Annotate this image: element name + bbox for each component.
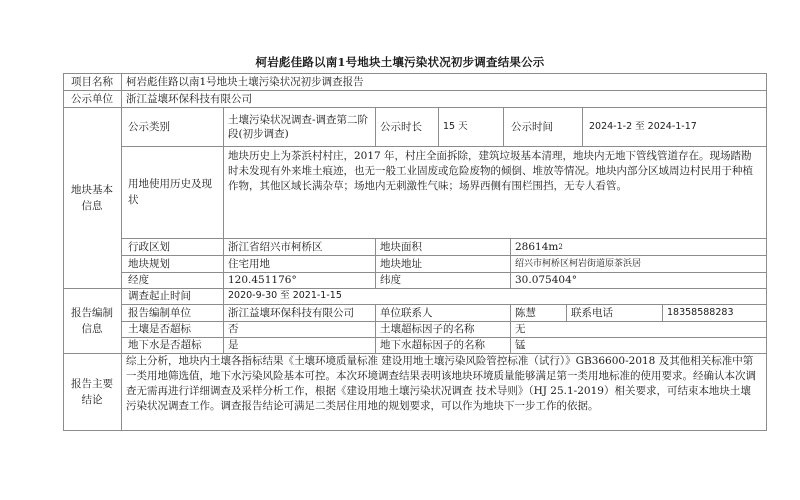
grid-line <box>510 238 511 288</box>
grid-line <box>121 337 767 338</box>
page-title: 柯岩彪佳路以南1号地块土壤污染状况初步调查结果公示 <box>0 54 800 70</box>
planning-value: 住宅用地 <box>223 255 375 272</box>
grid-line <box>662 304 663 321</box>
project-name-label: 项目名称 <box>63 73 121 90</box>
history-value: 地块历史上为茶浜村村庄，2017 年，村庄全面拆除，建筑垃圾基本清理，地块内无地… <box>223 146 766 238</box>
grid-line <box>503 107 504 146</box>
grid-line <box>121 255 767 256</box>
grid-line <box>121 73 122 431</box>
history-label: 用地使用历史及现状 <box>121 146 223 238</box>
grid-line <box>63 107 767 108</box>
project-name-value: 柯岩彪佳路以南1号地块土壤污染状况初步调查报告 <box>121 73 766 90</box>
grid-line <box>63 430 767 431</box>
soil-exceed-label: 土壤是否超标 <box>121 321 223 337</box>
duration-label: 公示时长 <box>375 107 438 146</box>
grid-line <box>438 107 439 146</box>
groundwater-exceed-value: 是 <box>223 337 375 353</box>
grid-line <box>582 107 583 146</box>
period-label: 公示时间 <box>503 107 582 146</box>
grid-line <box>63 73 64 431</box>
soil-exceed-value: 否 <box>223 321 375 337</box>
grid-line <box>223 107 224 353</box>
longitude-value: 120.451176° <box>223 272 375 288</box>
survey-period-label: 调查起止时间 <box>121 288 223 304</box>
contact-label: 单位联系人 <box>375 304 510 321</box>
notice-type-label: 公示类别 <box>121 107 223 146</box>
soil-factor-label: 土壤超标因子的名称 <box>375 321 510 337</box>
grid-line <box>63 73 767 74</box>
duration-value: 15 天 <box>438 107 503 146</box>
grid-line <box>510 304 511 353</box>
grid-line <box>121 146 767 147</box>
soil-factor-value: 无 <box>510 321 766 337</box>
groundwater-factor-label: 地下水超标因子的名称 <box>375 337 510 353</box>
grid-line <box>121 304 767 305</box>
grid-line <box>375 238 376 288</box>
grid-line <box>766 73 767 431</box>
publisher-value: 浙江益壤环保科技有限公司 <box>121 90 766 107</box>
area-label: 地块面积 <box>375 238 510 255</box>
site-info-section-label: 地块基本信息 <box>63 107 121 288</box>
address-label: 地块地址 <box>375 255 510 272</box>
grid-line <box>375 304 376 353</box>
phone-label: 联系电话 <box>566 304 662 321</box>
grid-line <box>63 353 767 354</box>
survey-period-value: 2020-9-30 至 2021-1-15 <box>223 288 766 304</box>
report-org-value: 浙江益壤环保科技有限公司 <box>223 304 375 321</box>
grid-line <box>121 272 767 273</box>
report-info-section-label: 报告编制信息 <box>63 288 121 353</box>
phone-value: 18358588283 <box>662 304 766 321</box>
longitude-label: 经度 <box>121 272 223 288</box>
grid-line <box>121 238 767 239</box>
grid-line <box>63 90 767 91</box>
latitude-value: 30.075404° <box>510 272 766 288</box>
grid-line <box>63 288 767 289</box>
planning-label: 地块规划 <box>121 255 223 272</box>
notice-type-value: 土壤污染状况调查-调查第二阶段(初步调查) <box>223 107 375 146</box>
area-number: 28614m <box>515 240 558 254</box>
report-org-label: 报告编制单位 <box>121 304 223 321</box>
latitude-label: 纬度 <box>375 272 510 288</box>
period-value: 2024-1-2 至 2024-1-17 <box>582 107 766 146</box>
groundwater-exceed-label: 地下水是否超标 <box>121 337 223 353</box>
district-value: 浙江省绍兴市柯桥区 <box>223 238 375 255</box>
conclusion-label: 报告主要结论 <box>63 353 121 430</box>
publisher-label: 公示单位 <box>63 90 121 107</box>
contact-value: 陈慧 <box>510 304 566 321</box>
grid-line <box>566 304 567 321</box>
area-value: 28614m2 <box>510 238 766 255</box>
grid-line <box>121 321 767 322</box>
grid-line <box>375 107 376 146</box>
district-label: 行政区划 <box>121 238 223 255</box>
address-value: 绍兴市柯桥区柯岩街道原茶浜居 <box>510 255 766 272</box>
groundwater-factor-value: 锰 <box>510 337 766 353</box>
conclusion-value: 综上分析，地块内土壤各指标结果《土壤环境质量标准 建设用地土壤污染风险管控标准（… <box>121 353 766 430</box>
